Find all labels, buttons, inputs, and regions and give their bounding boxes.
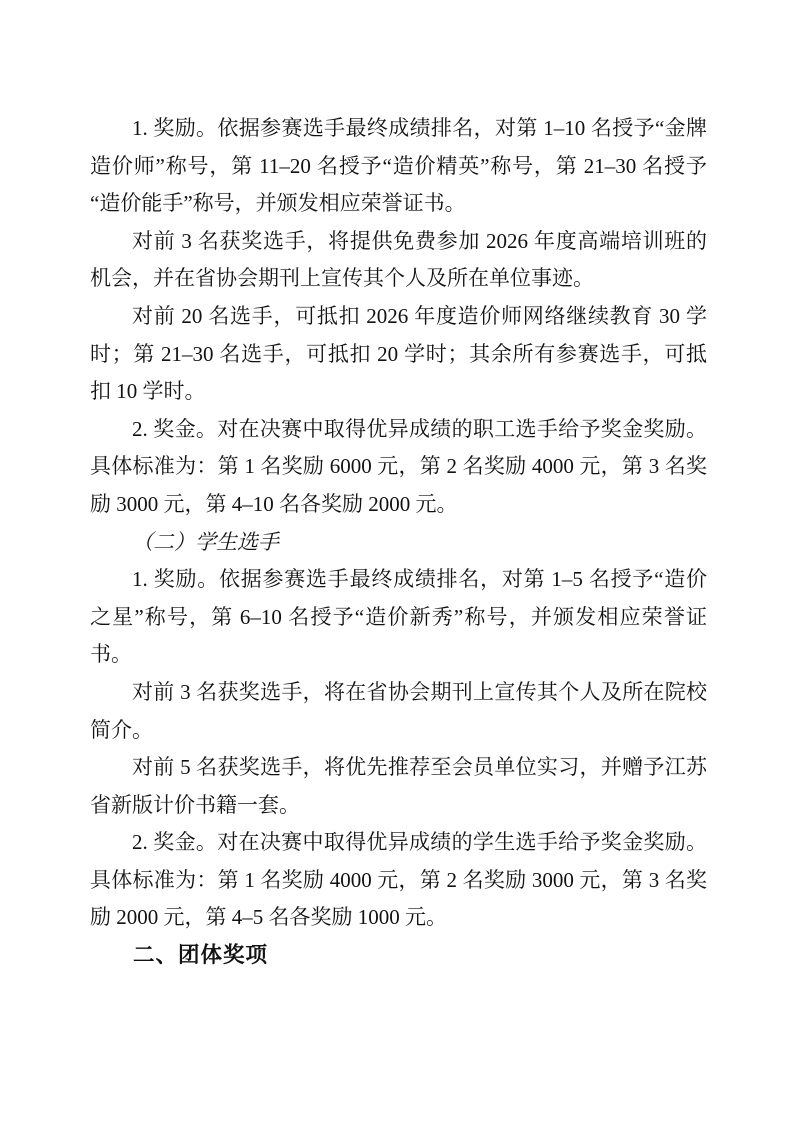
paragraph-staff-top3-benefits: 对前 3 名获奖选手，将提供免费参加 2026 年度高端培训班的机会，并在省协会… (90, 223, 707, 298)
section-subheading-student-contestants: （二）学生选手 (90, 524, 707, 562)
paragraph-staff-award-titles: 1. 奖励。依据参赛选手最终成绩排名，对第 1–10 名授予“金牌造价师”称号，… (90, 110, 707, 223)
paragraph-staff-education-credits: 对前 20 名选手，可抵扣 2026 年度造价师网络继续教育 30 学时；第 2… (90, 298, 707, 411)
document-page: 1. 奖励。依据参赛选手最终成绩排名，对第 1–10 名授予“金牌造价师”称号，… (0, 0, 793, 1122)
section-heading-team-awards: 二、团体奖项 (90, 937, 707, 975)
paragraph-student-top3-benefits: 对前 3 名获奖选手，将在省协会期刊上宣传其个人及所在院校简介。 (90, 674, 707, 749)
paragraph-staff-prize-money: 2. 奖金。对在决赛中取得优异成绩的职工选手给予奖金奖励。具体标准为：第 1 名… (90, 411, 707, 524)
paragraph-student-prize-money: 2. 奖金。对在决赛中取得优异成绩的学生选手给予奖金奖励。具体标准为：第 1 名… (90, 824, 707, 937)
paragraph-student-award-titles: 1. 奖励。依据参赛选手最终成绩排名，对第 1–5 名授予“造价之星”称号，第 … (90, 561, 707, 674)
paragraph-student-top5-benefits: 对前 5 名获奖选手，将优先推荐至会员单位实习，并赠予江苏省新版计价书籍一套。 (90, 749, 707, 824)
document-body: 1. 奖励。依据参赛选手最终成绩排名，对第 1–10 名授予“金牌造价师”称号，… (90, 110, 707, 975)
